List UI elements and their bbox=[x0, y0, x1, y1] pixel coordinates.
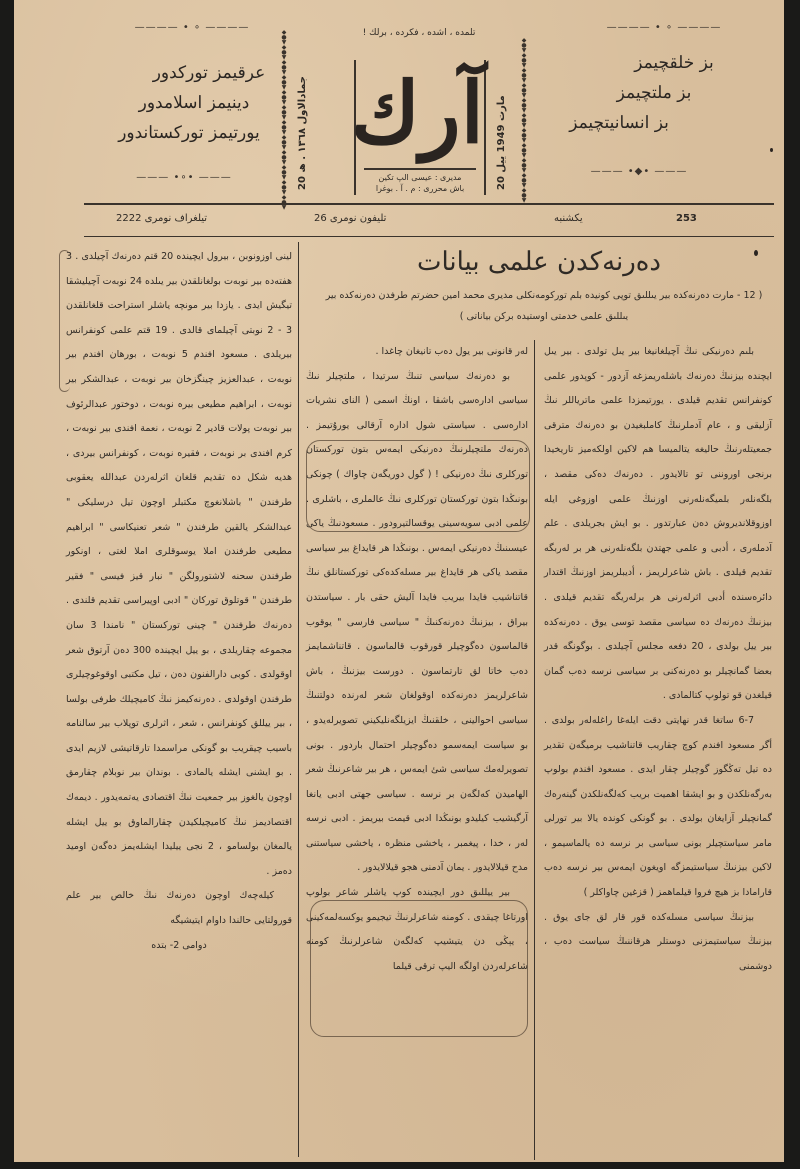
left-motto-line: عرقيمز توركدور bbox=[84, 58, 294, 88]
masthead-slogan: تلمده ، اشده ، فكرده ، برلك ! bbox=[344, 28, 494, 38]
ornament-column-right: ◆●▼◆●▼◆●▼◆●▼◆●▼◆●▼◆●▼◆●▼◆●▼◆●▼◆●▼ bbox=[520, 38, 528, 193]
telegraph-number: تيلغراف نومرى 2222 bbox=[116, 204, 207, 234]
issue-number: 253 bbox=[676, 204, 697, 234]
newspaper-logo: آرك مديرى : عيسى الپ تكين باش محررى : م … bbox=[354, 60, 486, 195]
editor-line: باش محررى : م . آ . بوغرا bbox=[360, 183, 480, 194]
infobar-rule bbox=[84, 236, 774, 237]
column-divider bbox=[534, 340, 535, 1160]
left-motto-line: يورتيمز توركستاندور bbox=[84, 118, 294, 148]
weekday: يكشنبه bbox=[554, 204, 583, 234]
paragraph: كيلەچەك اوچون دەرنەك نىڭ خالص بير علم قو… bbox=[66, 884, 292, 933]
article-column-left: لينى اوزونوبن ، بيرول ايچيندە 20 قتم دەر… bbox=[66, 245, 292, 958]
title-logo: آرك bbox=[356, 60, 484, 165]
right-motto-line: بز خلقچيمز bbox=[544, 48, 744, 78]
right-motto: بز خلقچيمز بز ملتچيمز بز انسانيتچيمز bbox=[544, 48, 744, 138]
hijri-date: 20 جمادالاول ١٣٦٨ . ھ bbox=[297, 76, 308, 190]
ornament-divider: ——— •◆• ——— bbox=[574, 166, 704, 177]
paragraph: بيزنىڭ سياسى مسلەكدە قور قار لق جاى يوق … bbox=[544, 906, 772, 980]
pen-annotation bbox=[310, 900, 528, 1037]
article-lead: ( 12 - مارت دەرنەكدە بير يىللىق توپى كون… bbox=[314, 285, 774, 327]
article-column-middle: لەر قانونى بير يول دەب تانيغان چاغدا . ب… bbox=[306, 340, 528, 979]
info-bar: تيلغراف نومرى 2222 تليفون نومرى 26 يكشنب… bbox=[84, 204, 774, 234]
continued-note: دوامى 2- بتده bbox=[66, 934, 292, 959]
column-divider bbox=[298, 242, 299, 1157]
editor-info: مديرى : عيسى الپ تكين باش محررى : م . آ … bbox=[360, 172, 480, 194]
newspaper-page: تلمده ، اشده ، فكرده ، برلك ! ———— • ∘ —… bbox=[14, 0, 784, 1162]
right-motto-line: بز انسانيتچيمز bbox=[544, 108, 744, 138]
article-column-right: بلىم دەرنيكى نىڭ آچيلغانيغا بير يىل تولد… bbox=[544, 340, 772, 979]
editor-line: مديرى : عيسى الپ تكين bbox=[360, 172, 480, 183]
telephone-number: تليفون نومرى 26 bbox=[314, 204, 386, 234]
ornament-divider: ———— • ∘ ———— bbox=[102, 22, 282, 33]
paragraph: 6-7 ساتغا قدر نهايتى دقت ايلەغا راغلەلەر… bbox=[544, 709, 772, 906]
pen-annotation bbox=[306, 440, 530, 532]
ornament-divider: ———— • ∘ ———— bbox=[574, 22, 754, 33]
paragraph: بلىم دەرنيكى نىڭ آچيلغانيغا بير يىل تولد… bbox=[544, 340, 772, 709]
ornament-column-left: ◆●▼◆●▼◆●▼◆●▼◆●▼◆●▼◆●▼◆●▼◆●▼◆●▼◆●▼◆●▼ bbox=[280, 30, 288, 195]
paper-speck bbox=[770, 148, 773, 152]
gregorian-date: 20 مارت 1949 ييل bbox=[496, 95, 507, 190]
logo-rule bbox=[364, 168, 476, 170]
ornament-divider: ——— •∘• ——— bbox=[104, 172, 264, 183]
left-motto-line: دينيمز اسلامدور bbox=[84, 88, 294, 118]
paragraph: لينى اوزونوبن ، بيرول ايچيندە 20 قتم دەر… bbox=[66, 245, 292, 884]
paragraph: لەر قانونى بير يول دەب تانيغان چاغدا . bbox=[306, 340, 528, 365]
right-motto-line: بز ملتچيمز bbox=[544, 78, 744, 108]
article-headline: دەرنەكدن علمى بيانات bbox=[314, 242, 764, 282]
pen-annotation bbox=[59, 250, 70, 392]
paper-speck bbox=[754, 250, 758, 256]
left-motto: عرقيمز توركدور دينيمز اسلامدور يورتيمز ت… bbox=[84, 58, 294, 148]
